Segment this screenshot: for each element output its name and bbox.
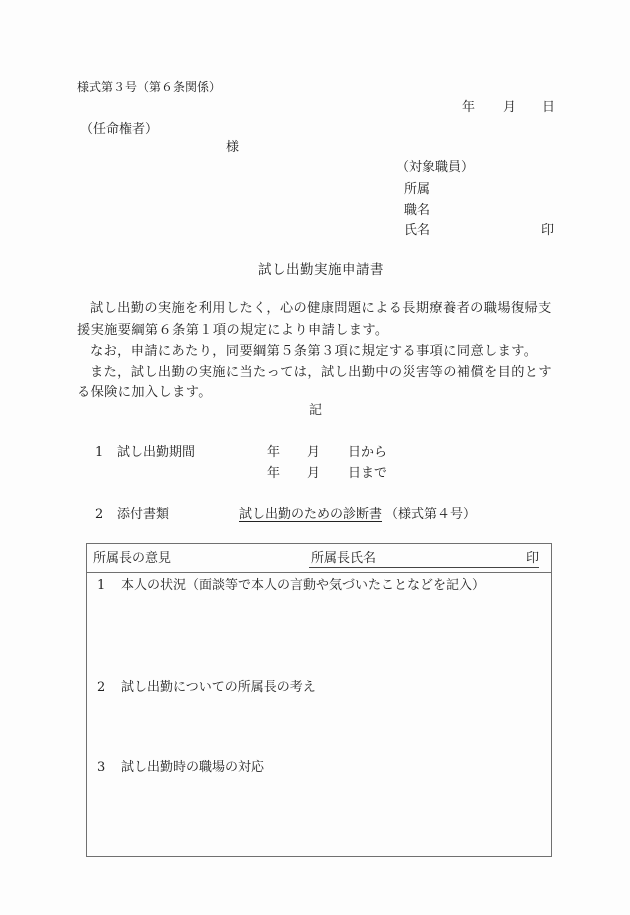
section-1-label: 本人の状況（面談等で本人の言動や気づいたことなどを記入） <box>121 579 485 592</box>
opinion-header-label: 所属長の意見 <box>93 552 171 565</box>
applicant-name-label: 氏名 <box>404 224 430 237</box>
period-from-month: 月 <box>307 446 320 459</box>
section-1-number: 1 <box>97 579 105 592</box>
applicant-header: （対象職員） <box>396 161 474 174</box>
form-number: 様式第３号（第６条関係） <box>77 81 221 93</box>
supervisor-signature-line[interactable] <box>309 567 539 568</box>
attachment-document-note: （様式第４号） <box>385 508 476 521</box>
paragraph-2-line-1: なお，申請にあたり，同要綱第５条第３項に規定する事項に同意します。 <box>90 345 537 358</box>
date-day-label: 日 <box>542 101 555 114</box>
item-1-number: 1 <box>95 446 103 459</box>
attachment-document-name: 試し出勤のための診断書 <box>239 508 382 521</box>
date-month-label: 月 <box>503 101 516 114</box>
period-from-day: 日から <box>348 446 387 459</box>
section-2-label: 試し出勤についての所属長の考え <box>121 681 316 694</box>
item-1-label: 試し出勤期間 <box>117 446 195 459</box>
item-2-number: 2 <box>95 508 103 521</box>
item-2-label: 添付書類 <box>117 508 169 521</box>
record-mark: 記 <box>309 404 322 417</box>
supervisor-name-label: 所属長氏名 <box>311 552 376 565</box>
recipient-label: （任命権者） <box>80 123 158 136</box>
date-year-label: 年 <box>462 101 475 114</box>
section-3-label: 試し出勤時の職場の対応 <box>121 761 264 774</box>
document-title: 試し出勤実施申請書 <box>258 264 384 278</box>
paragraph-1-line-1: 試し出勤の実施を利用したく，心の健康問題による長期療養者の職場復帰支 <box>90 302 552 315</box>
paragraph-3-line-1: また，試し出勤の実施に当たっては，試し出勤中の災害等の補償を目的とす <box>90 366 552 379</box>
period-to-year: 年 <box>267 467 280 480</box>
period-to-day: 日まで <box>348 467 387 480</box>
applicant-position-label: 職名 <box>404 204 430 217</box>
applicant-department-label: 所属 <box>404 183 430 196</box>
period-from-year: 年 <box>267 446 280 459</box>
recipient-honorific: 様 <box>226 141 239 154</box>
section-2-number: 2 <box>97 681 105 694</box>
paragraph-3-line-2: る保険に加入します。 <box>77 386 212 399</box>
paragraph-1-line-2: 援実施要綱第６条第１項の規定により申請します。 <box>77 324 388 337</box>
box-divider <box>87 572 551 573</box>
period-to-month: 月 <box>307 467 320 480</box>
section-3-number: 3 <box>97 761 105 774</box>
applicant-seal-mark: 印 <box>541 224 554 237</box>
supervisor-opinion-box: 所属長の意見 所属長氏名 印 1 本人の状況（面談等で本人の言動や気づいたことな… <box>86 543 552 857</box>
supervisor-seal-mark: 印 <box>526 552 539 565</box>
